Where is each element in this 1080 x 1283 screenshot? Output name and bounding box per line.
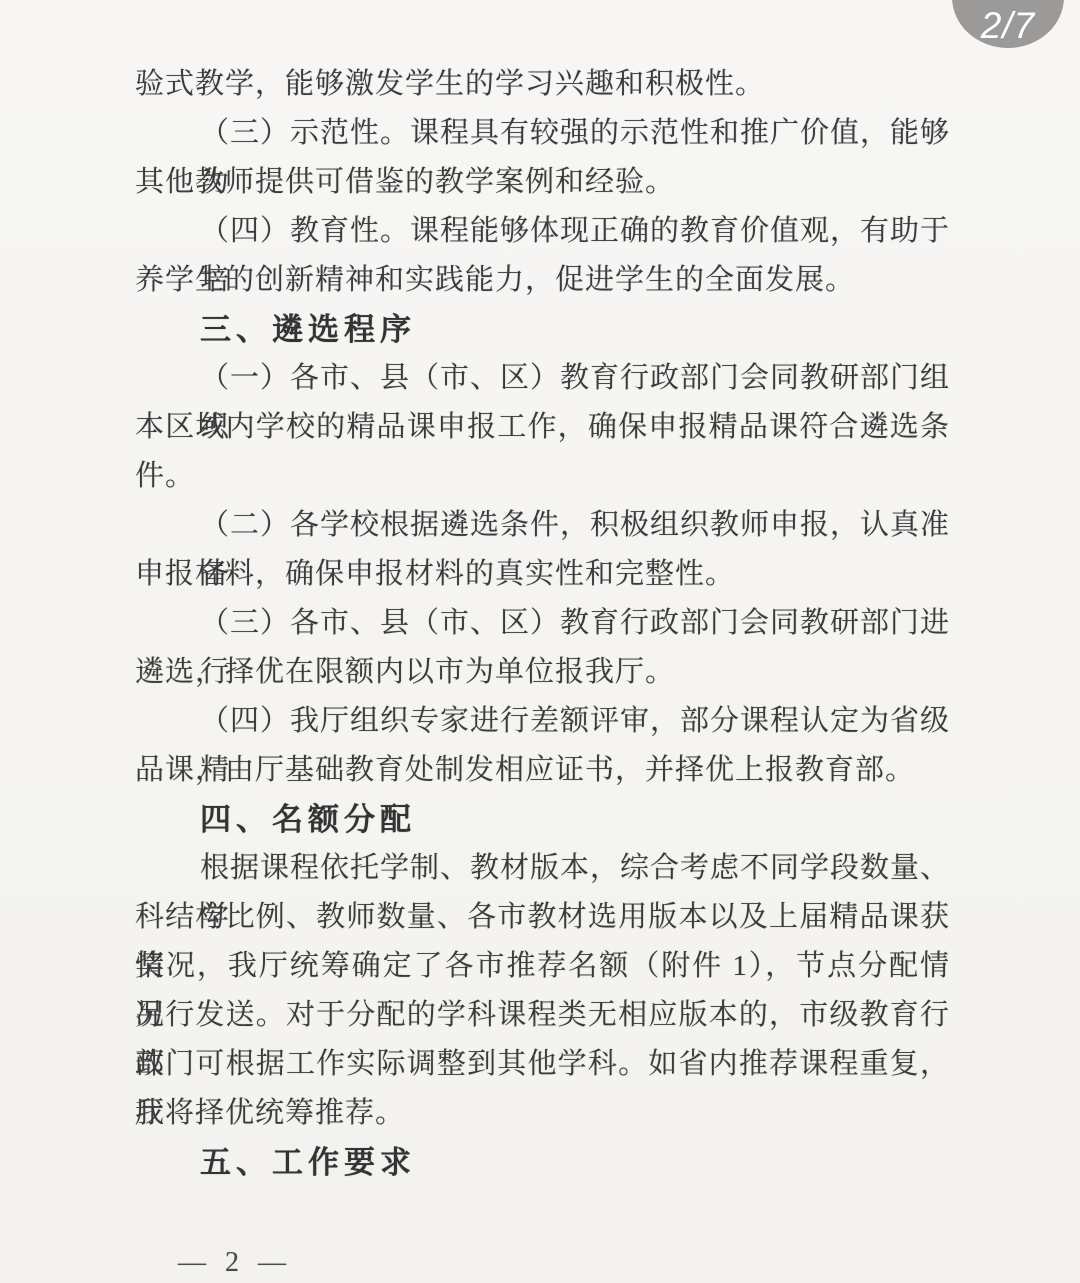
text-line: 验式教学，能够激发学生的学习兴趣和积极性。 bbox=[135, 60, 950, 109]
text-line: 情况，我厅统筹确定了各市推荐名额（附件 1），节点分配情况 bbox=[135, 942, 950, 991]
text-line: 品课，由厅基础教育处制发相应证书，并择优上报教育部。 bbox=[135, 746, 950, 795]
text-line: 其他教师提供可借鉴的教学案例和经验。 bbox=[135, 158, 950, 207]
text-line: 件。 bbox=[135, 452, 950, 501]
text-line: （四）教育性。课程能够体现正确的教育价值观，有助于培 bbox=[135, 207, 950, 256]
text-line: 厅将择优统筹推荐。 bbox=[135, 1089, 950, 1138]
section-heading-work-requirements: 五、工作要求 bbox=[135, 1138, 950, 1187]
text-line: 申报材料，确保申报材料的真实性和完整性。 bbox=[135, 550, 950, 599]
text-line: 遴选，择优在限额内以市为单位报我厅。 bbox=[135, 648, 950, 697]
text-line: 养学生的创新精神和实践能力，促进学生的全面发展。 bbox=[135, 256, 950, 305]
page-indicator-badge: 2/7 bbox=[952, 0, 1064, 48]
text-line: （四）我厅组织专家进行差额评审，部分课程认定为省级精 bbox=[135, 697, 950, 746]
text-line: 另行发送。对于分配的学科课程类无相应版本的，市级教育行政 bbox=[135, 991, 950, 1040]
text-line: （三）各市、县（市、区）教育行政部门会同教研部门进行 bbox=[135, 599, 950, 648]
text-line: 科结构比例、教师数量、各市教材选用版本以及上届精品课获奖 bbox=[135, 893, 950, 942]
text-line: 根据课程依托学制、教材版本，综合考虑不同学段数量、学 bbox=[135, 844, 950, 893]
text-line: 部门可根据工作实际调整到其他学科。如省内推荐课程重复，我 bbox=[135, 1040, 950, 1089]
text-line: （二）各学校根据遴选条件，积极组织教师申报，认真准备 bbox=[135, 501, 950, 550]
document-page: 验式教学，能够激发学生的学习兴趣和积极性。 （三）示范性。课程具有较强的示范性和… bbox=[135, 60, 950, 1283]
section-heading-selection-procedure: 三、遴选程序 bbox=[135, 305, 950, 354]
text-line: （三）示范性。课程具有较强的示范性和推广价值，能够为 bbox=[135, 109, 950, 158]
page-indicator-label: 2/7 bbox=[981, 7, 1035, 44]
section-heading-quota-allocation: 四、名额分配 bbox=[135, 795, 950, 844]
page-number-footer: — 2 — bbox=[178, 1238, 950, 1283]
text-line: 本区域内学校的精品课申报工作，确保申报精品课符合遴选条 bbox=[135, 403, 950, 452]
text-line: （一）各市、县（市、区）教育行政部门会同教研部门组织 bbox=[135, 354, 950, 403]
